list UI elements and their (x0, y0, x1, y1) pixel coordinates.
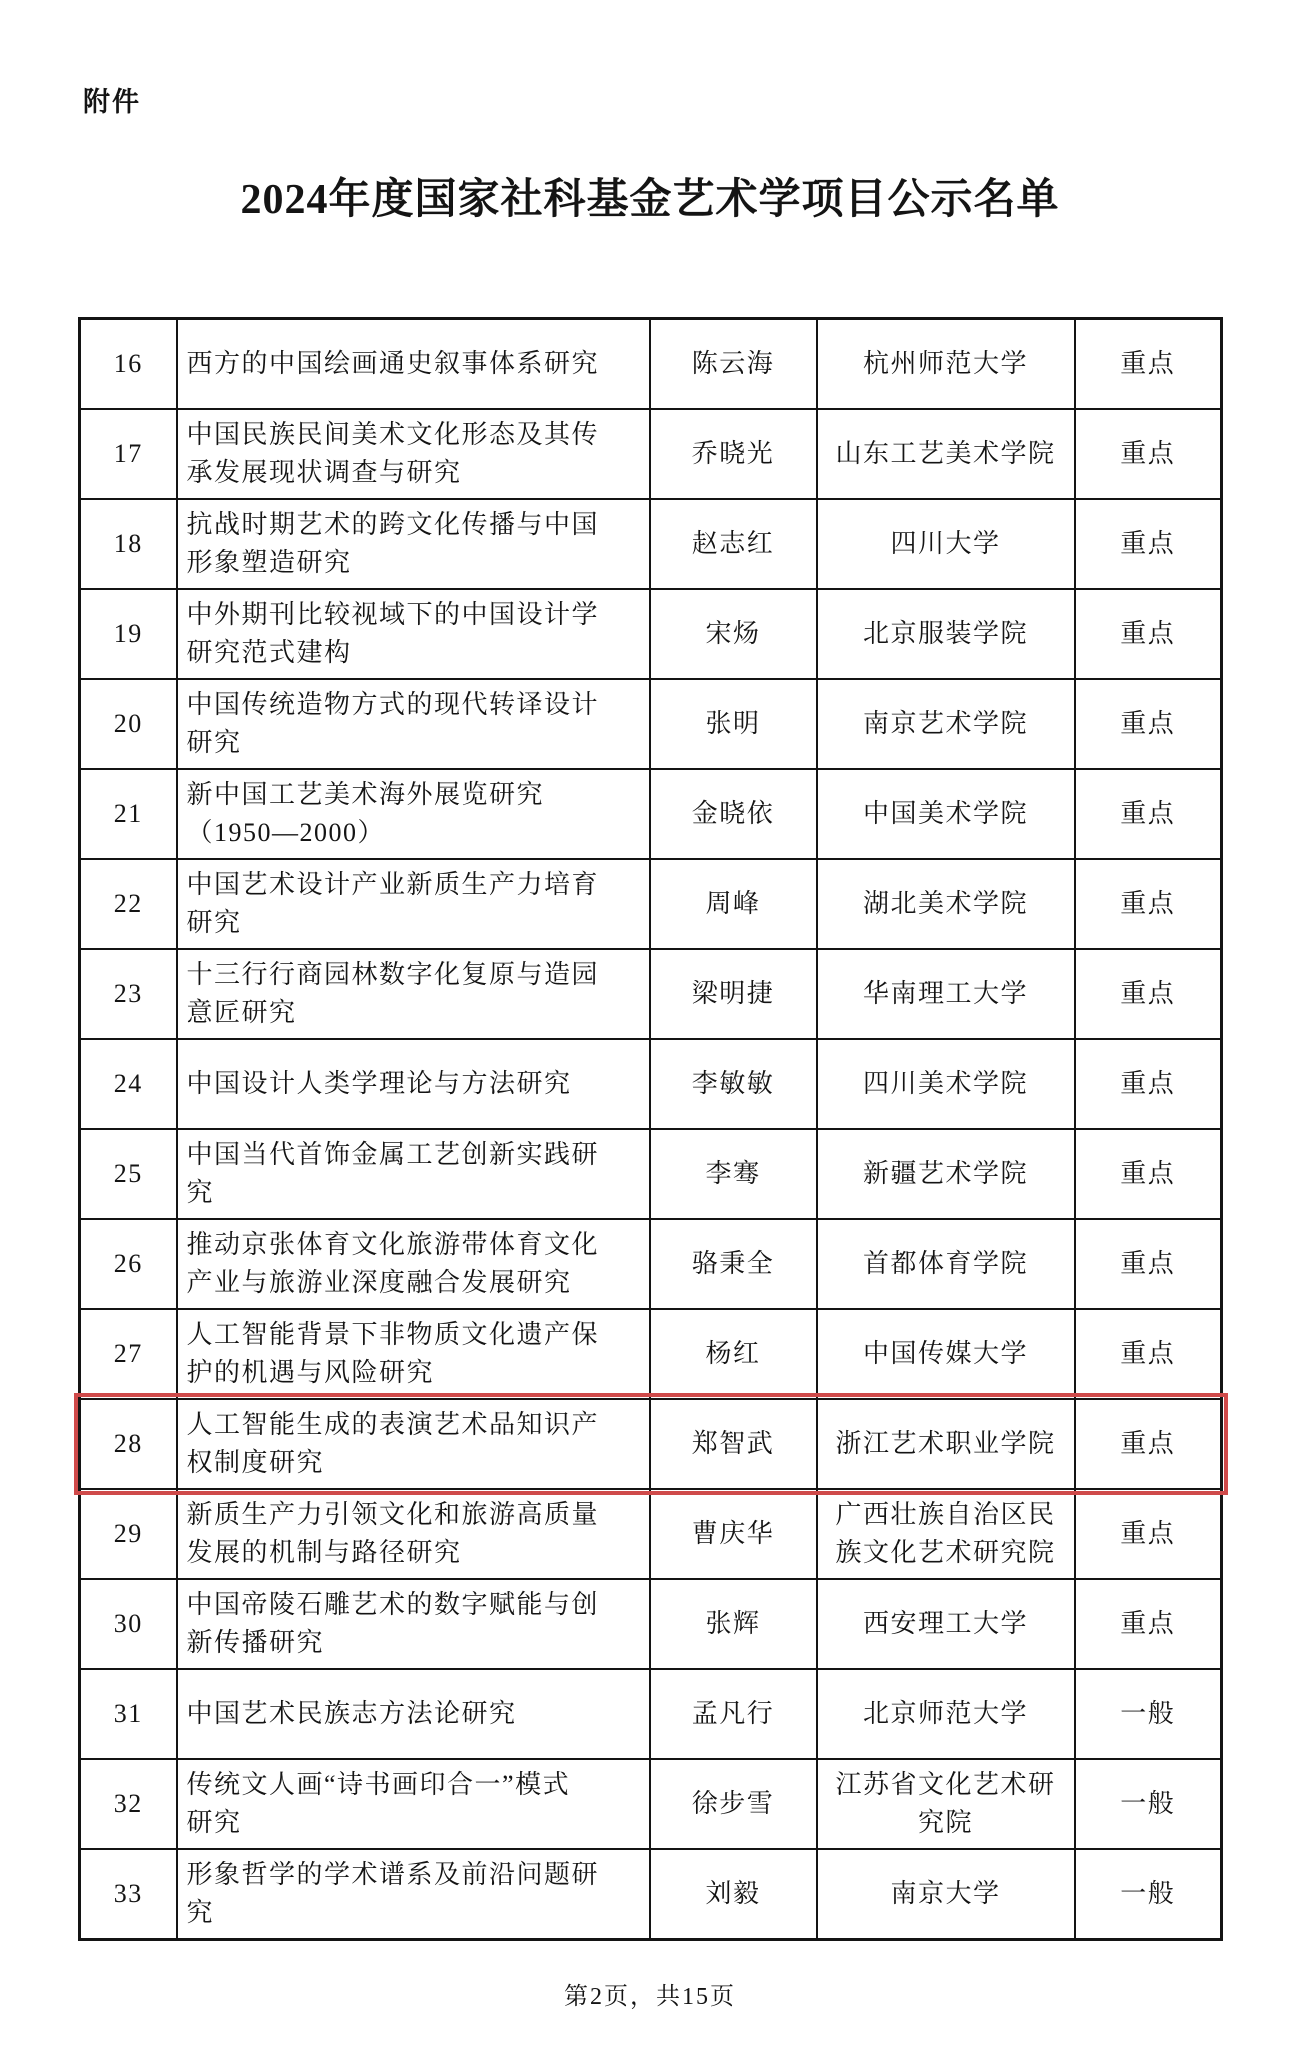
table-row: 21新中国工艺美术海外展览研究 （1950—2000）金晓依中国美术学院重点 (80, 769, 1222, 859)
table-row: 28人工智能生成的表演艺术品知识产 权制度研究郑智武浙江艺术职业学院重点 (80, 1399, 1222, 1489)
leader-cell: 李敏敏 (650, 1039, 817, 1129)
institution-cell: 北京服装学院 (817, 589, 1075, 679)
table-row: 23十三行行商园林数字化复原与造园 意匠研究梁明捷华南理工大学重点 (80, 949, 1222, 1039)
category-cell: 重点 (1075, 409, 1222, 499)
page-title: 2024年度国家社科基金艺术学项目公示名单 (0, 166, 1300, 226)
row-number-cell: 20 (80, 679, 177, 769)
leader-cell: 周峰 (650, 859, 817, 949)
projects-table: 16西方的中国绘画通史叙事体系研究陈云海杭州师范大学重点17中国民族民间美术文化… (78, 317, 1223, 1941)
project-title-cell: 新质生产力引领文化和旅游高质量 发展的机制与路径研究 (177, 1489, 650, 1579)
category-cell: 重点 (1075, 1579, 1222, 1669)
table-row: 18抗战时期艺术的跨文化传播与中国 形象塑造研究赵志红四川大学重点 (80, 499, 1222, 589)
category-cell: 重点 (1075, 1489, 1222, 1579)
leader-cell: 金晓依 (650, 769, 817, 859)
table-row: 33形象哲学的学术谱系及前沿问题研 究刘毅南京大学一般 (80, 1849, 1222, 1940)
project-title-cell: 传统文人画“诗书画印合一”模式 研究 (177, 1759, 650, 1849)
row-number-cell: 25 (80, 1129, 177, 1219)
institution-cell: 北京师范大学 (817, 1669, 1075, 1759)
project-title-cell: 十三行行商园林数字化复原与造园 意匠研究 (177, 949, 650, 1039)
project-title-cell: 中国设计人类学理论与方法研究 (177, 1039, 650, 1129)
row-number-cell: 27 (80, 1309, 177, 1399)
row-number-cell: 32 (80, 1759, 177, 1849)
row-number-cell: 19 (80, 589, 177, 679)
attachment-label: 附件 (83, 80, 141, 119)
leader-cell: 陈云海 (650, 319, 817, 410)
table-row: 19中外期刊比较视域下的中国设计学 研究范式建构宋炀北京服装学院重点 (80, 589, 1222, 679)
table-row: 20中国传统造物方式的现代转译设计 研究张明南京艺术学院重点 (80, 679, 1222, 769)
table-row: 24中国设计人类学理论与方法研究李敏敏四川美术学院重点 (80, 1039, 1222, 1129)
row-number-cell: 16 (80, 319, 177, 410)
category-cell: 重点 (1075, 1219, 1222, 1309)
leader-cell: 赵志红 (650, 499, 817, 589)
project-title-cell: 中国传统造物方式的现代转译设计 研究 (177, 679, 650, 769)
row-number-cell: 23 (80, 949, 177, 1039)
category-cell: 重点 (1075, 1309, 1222, 1399)
project-title-cell: 推动京张体育文化旅游带体育文化 产业与旅游业深度融合发展研究 (177, 1219, 650, 1309)
category-cell: 重点 (1075, 589, 1222, 679)
leader-cell: 孟凡行 (650, 1669, 817, 1759)
table-row: 32传统文人画“诗书画印合一”模式 研究徐步雪江苏省文化艺术研 究院一般 (80, 1759, 1222, 1849)
leader-cell: 杨红 (650, 1309, 817, 1399)
projects-table-body: 16西方的中国绘画通史叙事体系研究陈云海杭州师范大学重点17中国民族民间美术文化… (80, 319, 1222, 1940)
institution-cell: 首都体育学院 (817, 1219, 1075, 1309)
leader-cell: 刘毅 (650, 1849, 817, 1940)
leader-cell: 宋炀 (650, 589, 817, 679)
row-number-cell: 21 (80, 769, 177, 859)
institution-cell: 新疆艺术学院 (817, 1129, 1075, 1219)
table-row: 27人工智能背景下非物质文化遗产保 护的机遇与风险研究杨红中国传媒大学重点 (80, 1309, 1222, 1399)
row-number-cell: 26 (80, 1219, 177, 1309)
institution-cell: 中国美术学院 (817, 769, 1075, 859)
row-number-cell: 18 (80, 499, 177, 589)
institution-cell: 广西壮族自治区民 族文化艺术研究院 (817, 1489, 1075, 1579)
institution-cell: 四川大学 (817, 499, 1075, 589)
category-cell: 重点 (1075, 1129, 1222, 1219)
category-cell: 一般 (1075, 1759, 1222, 1849)
institution-cell: 华南理工大学 (817, 949, 1075, 1039)
project-title-cell: 形象哲学的学术谱系及前沿问题研 究 (177, 1849, 650, 1940)
institution-cell: 中国传媒大学 (817, 1309, 1075, 1399)
project-title-cell: 人工智能生成的表演艺术品知识产 权制度研究 (177, 1399, 650, 1489)
leader-cell: 张辉 (650, 1579, 817, 1669)
leader-cell: 乔晓光 (650, 409, 817, 499)
category-cell: 一般 (1075, 1849, 1222, 1940)
project-title-cell: 中国当代首饰金属工艺创新实践研 究 (177, 1129, 650, 1219)
project-title-cell: 中国艺术民族志方法论研究 (177, 1669, 650, 1759)
category-cell: 重点 (1075, 1039, 1222, 1129)
row-number-cell: 33 (80, 1849, 177, 1940)
table-row: 16西方的中国绘画通史叙事体系研究陈云海杭州师范大学重点 (80, 319, 1222, 410)
table-row: 29新质生产力引领文化和旅游高质量 发展的机制与路径研究曹庆华广西壮族自治区民 … (80, 1489, 1222, 1579)
project-title-cell: 中外期刊比较视域下的中国设计学 研究范式建构 (177, 589, 650, 679)
leader-cell: 徐步雪 (650, 1759, 817, 1849)
project-title-cell: 西方的中国绘画通史叙事体系研究 (177, 319, 650, 410)
project-title-cell: 新中国工艺美术海外展览研究 （1950—2000） (177, 769, 650, 859)
table-row: 17中国民族民间美术文化形态及其传 承发展现状调查与研究乔晓光山东工艺美术学院重… (80, 409, 1222, 499)
project-title-cell: 中国艺术设计产业新质生产力培育 研究 (177, 859, 650, 949)
category-cell: 重点 (1075, 859, 1222, 949)
institution-cell: 四川美术学院 (817, 1039, 1075, 1129)
leader-cell: 郑智武 (650, 1399, 817, 1489)
page-number: 第2页，共15页 (0, 1976, 1300, 2011)
leader-cell: 张明 (650, 679, 817, 769)
category-cell: 重点 (1075, 769, 1222, 859)
row-number-cell: 31 (80, 1669, 177, 1759)
institution-cell: 南京大学 (817, 1849, 1075, 1940)
leader-cell: 骆秉全 (650, 1219, 817, 1309)
institution-cell: 浙江艺术职业学院 (817, 1399, 1075, 1489)
institution-cell: 西安理工大学 (817, 1579, 1075, 1669)
table-row: 25中国当代首饰金属工艺创新实践研 究李骞新疆艺术学院重点 (80, 1129, 1222, 1219)
table-row: 31中国艺术民族志方法论研究孟凡行北京师范大学一般 (80, 1669, 1222, 1759)
institution-cell: 江苏省文化艺术研 究院 (817, 1759, 1075, 1849)
table-row: 30中国帝陵石雕艺术的数字赋能与创 新传播研究张辉西安理工大学重点 (80, 1579, 1222, 1669)
row-number-cell: 30 (80, 1579, 177, 1669)
category-cell: 重点 (1075, 679, 1222, 769)
category-cell: 重点 (1075, 1399, 1222, 1489)
category-cell: 重点 (1075, 319, 1222, 410)
project-title-cell: 抗战时期艺术的跨文化传播与中国 形象塑造研究 (177, 499, 650, 589)
project-title-cell: 人工智能背景下非物质文化遗产保 护的机遇与风险研究 (177, 1309, 650, 1399)
category-cell: 重点 (1075, 949, 1222, 1039)
row-number-cell: 24 (80, 1039, 177, 1129)
institution-cell: 山东工艺美术学院 (817, 409, 1075, 499)
row-number-cell: 17 (80, 409, 177, 499)
table-row: 26推动京张体育文化旅游带体育文化 产业与旅游业深度融合发展研究骆秉全首都体育学… (80, 1219, 1222, 1309)
leader-cell: 李骞 (650, 1129, 817, 1219)
institution-cell: 杭州师范大学 (817, 319, 1075, 410)
table-row: 22中国艺术设计产业新质生产力培育 研究周峰湖北美术学院重点 (80, 859, 1222, 949)
document-page: 附件 2024年度国家社科基金艺术学项目公示名单 16西方的中国绘画通史叙事体系… (0, 0, 1300, 2052)
row-number-cell: 29 (80, 1489, 177, 1579)
leader-cell: 梁明捷 (650, 949, 817, 1039)
project-title-cell: 中国帝陵石雕艺术的数字赋能与创 新传播研究 (177, 1579, 650, 1669)
category-cell: 一般 (1075, 1669, 1222, 1759)
leader-cell: 曹庆华 (650, 1489, 817, 1579)
institution-cell: 南京艺术学院 (817, 679, 1075, 769)
row-number-cell: 22 (80, 859, 177, 949)
project-title-cell: 中国民族民间美术文化形态及其传 承发展现状调查与研究 (177, 409, 650, 499)
category-cell: 重点 (1075, 499, 1222, 589)
row-number-cell: 28 (80, 1399, 177, 1489)
institution-cell: 湖北美术学院 (817, 859, 1075, 949)
